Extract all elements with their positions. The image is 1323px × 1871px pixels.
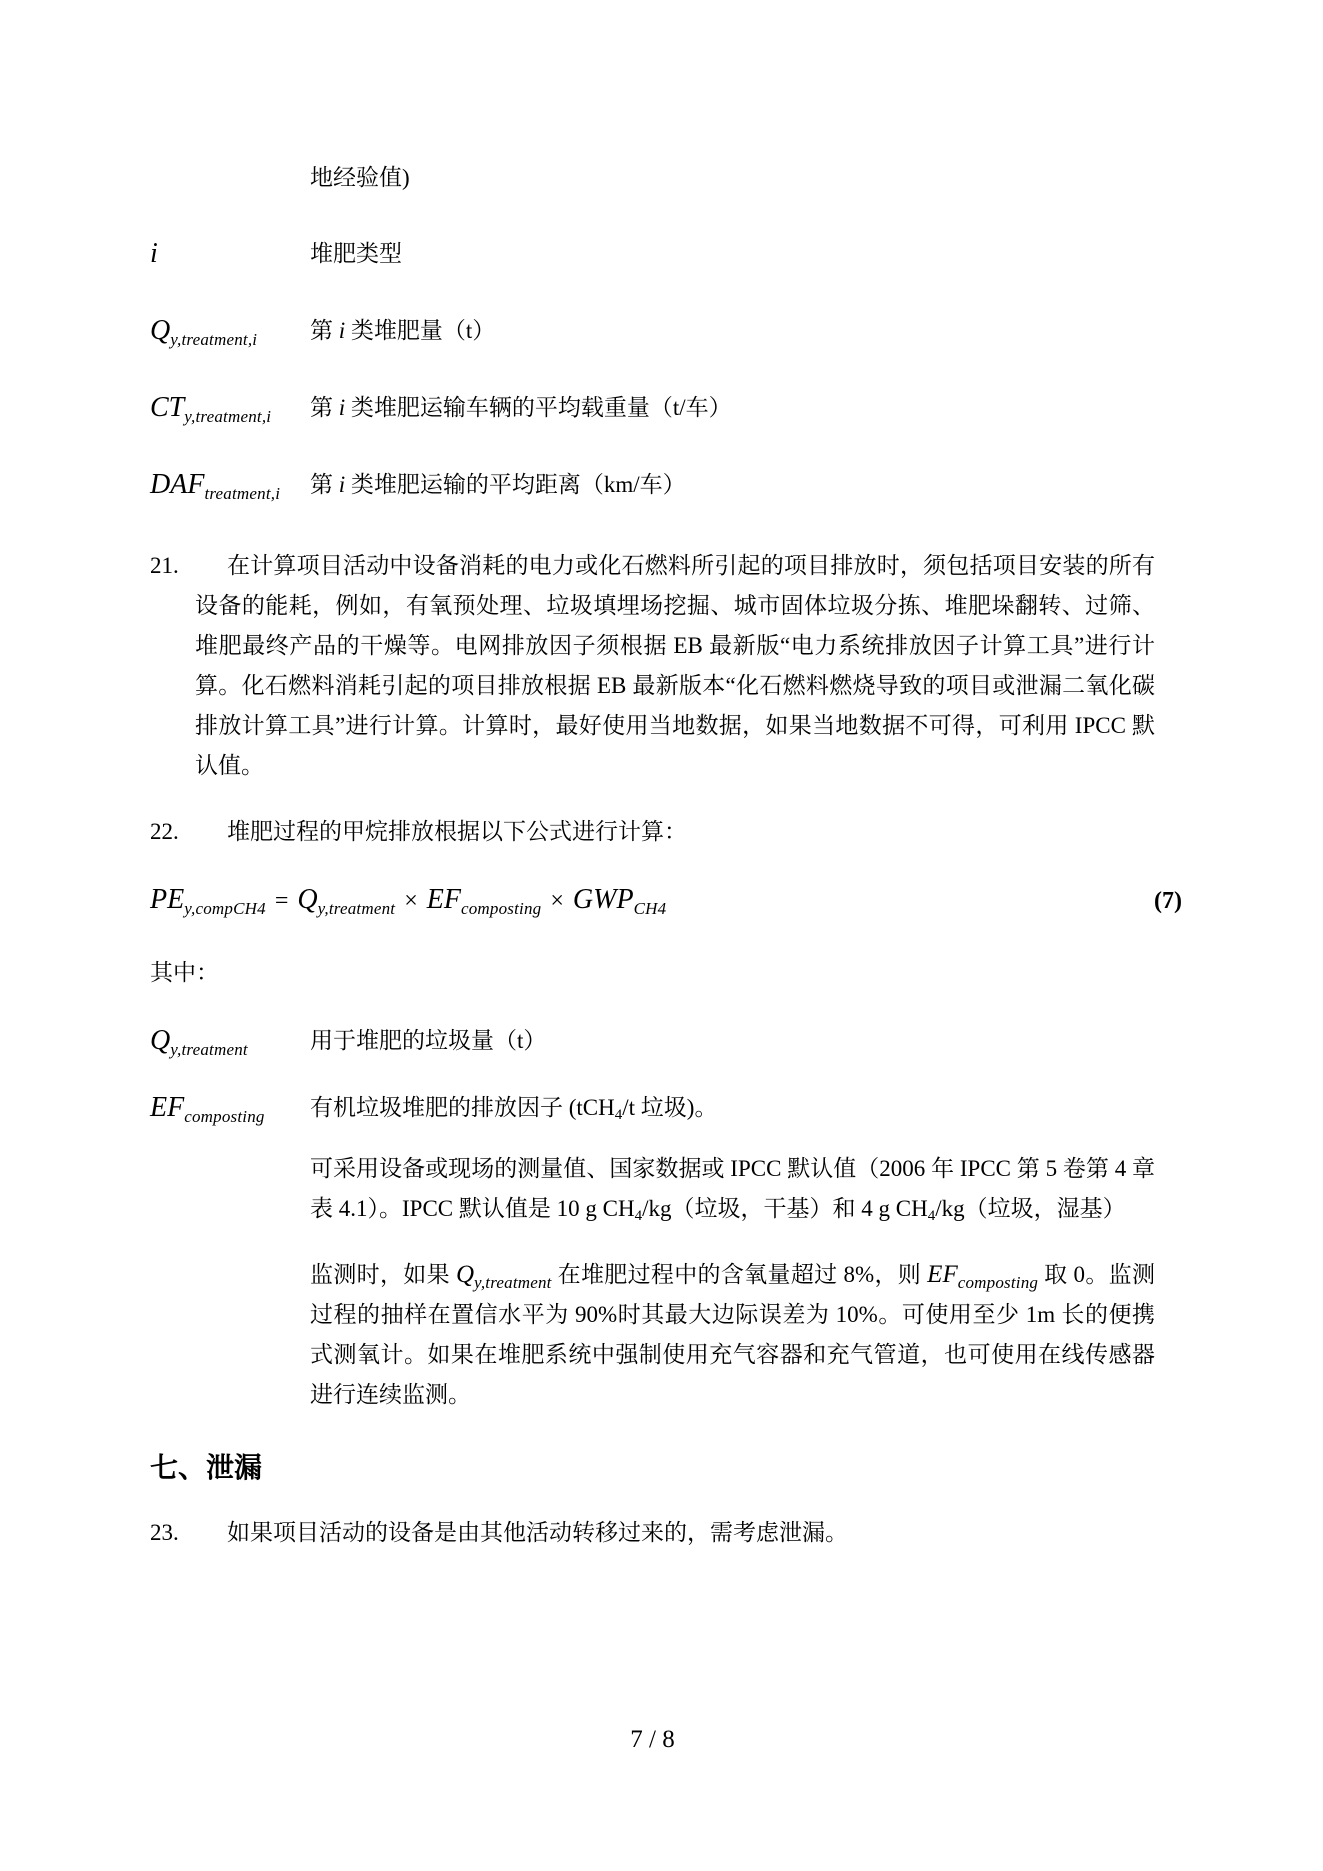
definition-row-ef-composting: EFcomposting 有机垃圾堆肥的排放因子 (tCH4/t 垃圾)。 — [150, 1090, 1155, 1127]
formula-term-gwp: GWP — [573, 884, 634, 915]
symbol-term: Qy,treatment,i — [150, 313, 310, 350]
paragraph-23: 23. 如果项目活动的设备是由其他活动转移过来的，需考虑泄漏。 — [150, 1513, 1155, 1553]
definition-row-daf-treatment-i: DAFtreatment,i 第 i 类堆肥运输的平均距离（km/车） — [150, 467, 1155, 504]
definition-row-continuation: 地经验值) — [150, 160, 1155, 196]
symbol-definition-text: 地经验值) — [310, 160, 1155, 196]
symbol-definition-text: 第 i 类堆肥量（t） — [310, 313, 1155, 349]
symbol-term: DAFtreatment,i — [150, 467, 310, 504]
inline-symbol-ef-composting: EF — [927, 1261, 958, 1288]
formula-7-expression: PEy,compCH4=Qy,treatment×EFcomposting×GW… — [150, 876, 666, 925]
symbol-term: EFcomposting — [150, 1090, 310, 1127]
symbol-definition-text: 有机垃圾堆肥的排放因子 (tCH4/t 垃圾)。 — [310, 1090, 1155, 1126]
formula-term-q: Q — [297, 884, 317, 915]
paragraph-monitoring: 监测时，如果 Qy,treatment 在堆肥过程中的含氧量超过 8%，则 EF… — [310, 1255, 1155, 1415]
symbol-definitions-top: 地经验值) i 堆肥类型 Qy,treatment,i 第 i 类堆肥量（t） … — [150, 160, 1155, 504]
equation-number: (7) — [1154, 877, 1182, 925]
document-content: 地经验值) i 堆肥类型 Qy,treatment,i 第 i 类堆肥量（t） … — [150, 0, 1155, 1553]
paragraph-21: 21. 在计算项目活动中设备消耗的电力或化石燃料所引起的项目排放时，须包括项目安… — [150, 546, 1155, 786]
document-page: 地经验值) i 堆肥类型 Qy,treatment,i 第 i 类堆肥量（t） … — [0, 0, 1323, 1871]
definition-row-q-treatment-i: Qy,treatment,i 第 i 类堆肥量（t） — [150, 313, 1155, 350]
paragraph-21-number: 21. — [150, 546, 179, 586]
definition-row-ct-treatment-i: CTy,treatment,i 第 i 类堆肥运输车辆的平均载重量（t/车） — [150, 390, 1155, 427]
section-7-heading: 七、泄漏 — [150, 1449, 1155, 1489]
symbol-definition-text: 第 i 类堆肥运输车辆的平均载重量（t/车） — [310, 390, 1155, 426]
paragraph-22-number: 22. — [150, 812, 179, 852]
equals-sign: = — [275, 888, 289, 914]
paragraph-ipcc-defaults: 可采用设备或现场的测量值、国家数据或 IPCC 默认值（2006 年 IPCC … — [310, 1149, 1155, 1229]
symbol-definition-text: 第 i 类堆肥运输的平均距离（km/车） — [310, 467, 1155, 503]
paragraph-23-number: 23. — [150, 1513, 179, 1553]
among-label: 其中： — [150, 955, 1155, 991]
page-number: 7 / 8 — [150, 1722, 1155, 1758]
formula-term-ef: EF — [427, 884, 461, 915]
paragraph-22-text: 堆肥过程的甲烷排放根据以下公式进行计算： — [195, 812, 1155, 852]
multiply-sign: × — [404, 888, 418, 914]
symbol-definition-text: 用于堆肥的垃圾量（t） — [310, 1023, 1155, 1059]
symbol-definition-text: 堆肥类型 — [310, 236, 1155, 272]
formula-7-row: PEy,compCH4=Qy,treatment×EFcomposting×GW… — [150, 876, 1182, 925]
multiply-sign: × — [550, 888, 564, 914]
inline-symbol-q-treatment: Q — [456, 1261, 474, 1288]
formula-term-pe: PE — [150, 884, 184, 915]
definition-row-i: i 堆肥类型 — [150, 236, 1155, 273]
top-margin — [150, 0, 1155, 160]
symbol-term: CTy,treatment,i — [150, 390, 310, 427]
symbol-definitions-middle: Qy,treatment 用于堆肥的垃圾量（t） EFcomposting 有机… — [150, 1023, 1155, 1127]
paragraph-23-text: 如果项目活动的设备是由其他活动转移过来的，需考虑泄漏。 — [195, 1513, 1155, 1553]
symbol-term: i — [150, 236, 310, 273]
paragraph-21-text: 在计算项目活动中设备消耗的电力或化石燃料所引起的项目排放时，须包括项目安装的所有… — [195, 546, 1155, 786]
definition-row-q-treatment: Qy,treatment 用于堆肥的垃圾量（t） — [150, 1023, 1155, 1060]
paragraph-22: 22. 堆肥过程的甲烷排放根据以下公式进行计算： — [150, 812, 1155, 852]
symbol-term: Qy,treatment — [150, 1023, 310, 1060]
subscript-4: 4 — [635, 1208, 643, 1224]
